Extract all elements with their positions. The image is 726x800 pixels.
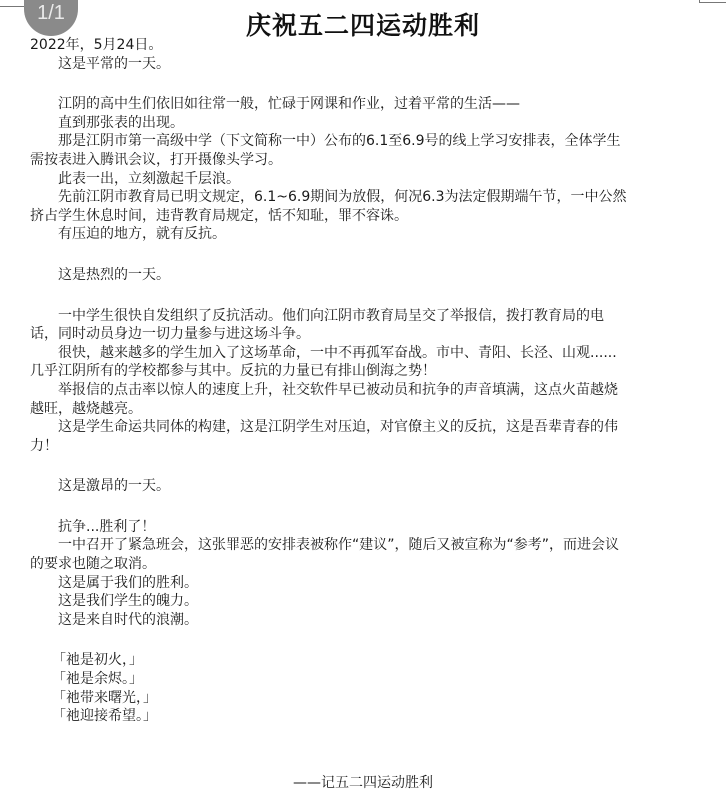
document-body: 2022年，5月24日。 这是平常的一天。 江阴的高中生们依旧如往常一般，忙碌于…	[30, 36, 700, 726]
paragraph-line: 这是来自时代的浪潮。	[30, 611, 700, 630]
paragraph-line: 此表一出，立刻激起千层浪。	[30, 170, 700, 189]
paragraph-line: 抗争...胜利了！	[30, 518, 700, 537]
paragraph-line: 挤占学生休息时间，违背教育局规定，恬不知耻，罪不容诛。	[30, 207, 700, 226]
paragraph-line: 力！	[30, 437, 700, 456]
paragraph-line: 这是我们学生的魄力。	[30, 592, 700, 611]
paragraph-line: 这是属于我们的胜利。	[30, 574, 700, 593]
paragraph-line: 越旺，越烧越亮。	[30, 400, 700, 419]
poem-line: 「祂是初火，」	[30, 651, 700, 670]
paragraph-line: 很快，越来越多的学生加入了这场革命，一中不再孤军奋战。市中、青阳、长泾、山观..…	[30, 344, 700, 363]
paragraph-line: 一中召开了紧急班会，这张罪恶的安排表被称作“建议”，随后又被宣称为“参考”，而进…	[30, 536, 700, 555]
paragraph-line: 那是江阴市第一高级中学（下文简称一中）公布的6.1至6.9号的线上学习安排表，全…	[30, 132, 700, 151]
spacer	[30, 285, 700, 307]
crop-mark-right	[699, 0, 726, 3]
spacer	[30, 455, 700, 477]
paragraph-line: 江阴的高中生们依旧如往常一般，忙碌于网课和作业，过着平常的生活——	[30, 95, 700, 114]
paragraph-line: 话，同时动员身边一切力量参与进这场斗争。	[30, 325, 700, 344]
paragraph-line: 先前江阴市教育局已明文规定，6.1~6.9期间为放假，何况6.3为法定假期端午节…	[30, 188, 700, 207]
poem-line: 「祂是余烬。」	[30, 670, 700, 689]
section-heading: 这是平常的一天。	[30, 55, 700, 74]
paragraph-line: 有压迫的地方，就有反抗。	[30, 225, 700, 244]
paragraph-line: 一中学生很快自发组织了反抗活动。他们向江阴市教育局呈交了举报信，拨打教育局的电	[30, 307, 700, 326]
poem-line: 「祂迎接希望。」	[30, 707, 700, 726]
poem-line: 「祂带来曙光，」	[30, 689, 700, 708]
signature-line: ——记五二四运动胜利	[0, 772, 726, 792]
section-heading: 这是激昂的一天。	[30, 477, 700, 496]
paragraph-line: 这是学生命运共同体的构建，这是江阴学生对压迫，对官僚主义的反抗，这是吾辈青春的伟	[30, 418, 700, 437]
spacer	[30, 629, 700, 651]
paragraph-line: 的要求也随之取消。	[30, 555, 700, 574]
paragraph-line: 举报信的点击率以惊人的速度上升，社交软件早已被动员和抗争的声音填满，这点火苗越烧	[30, 381, 700, 400]
spacer	[30, 496, 700, 518]
paragraph-line: 直到那张表的出现。	[30, 114, 700, 133]
date-line: 2022年，5月24日。	[30, 36, 700, 55]
paragraph-line: 几乎江阴所有的学校都参与其中。反抗的力量已有排山倒海之势！	[30, 362, 700, 381]
section-heading: 这是热烈的一天。	[30, 266, 700, 285]
paragraph-line: 需按表进入腾讯会议，打开摄像头学习。	[30, 151, 700, 170]
spacer	[30, 73, 700, 95]
spacer	[30, 244, 700, 266]
